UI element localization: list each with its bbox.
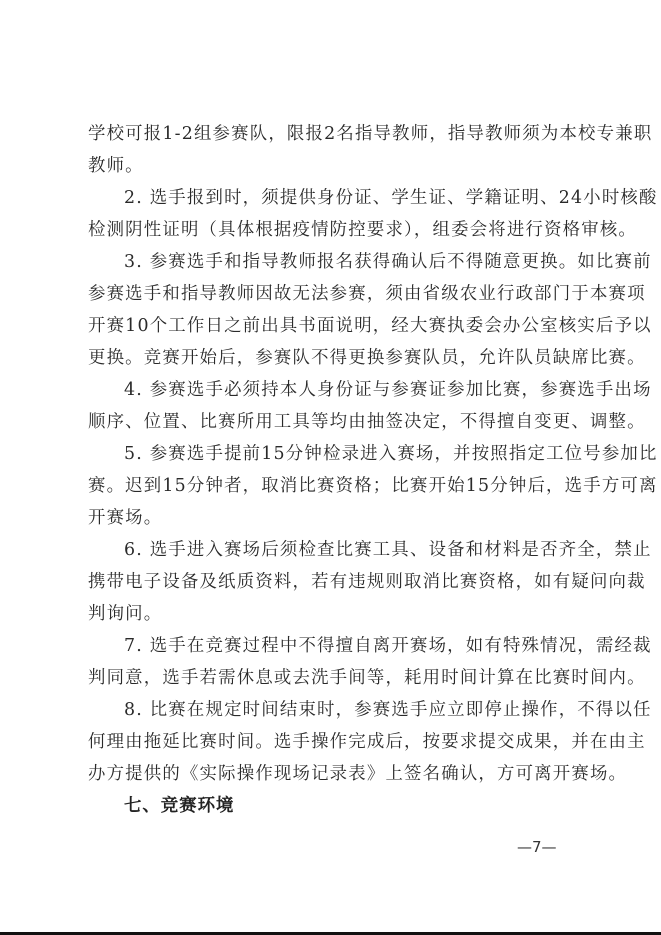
paragraph-start-line: 8. 比赛在规定时间结束时，参赛选手应立即停止操作，不得以任	[88, 694, 580, 726]
text-line: 携带电子设备及纸质资料，若有违规则取消比赛资格，如有疑问向裁	[88, 566, 580, 598]
text-line: 检测阴性证明（具体根据疫情防控要求），组委会将进行资格审核。	[88, 214, 580, 246]
text-line: 判同意，选手若需休息或去洗手间等，耗用时间计算在比赛时间内。	[88, 662, 580, 694]
text-line: 开赛10个工作日之前出具书面说明，经大赛执委会办公室核实后予以	[88, 310, 580, 342]
paragraph-start-line: 3. 参赛选手和指导教师报名获得确认后不得随意更换。如比赛前	[88, 246, 580, 278]
text-line: 顺序、位置、比赛所用工具等均由抽签决定，不得擅自变更、调整。	[88, 406, 580, 438]
text-line: 教师。	[88, 150, 580, 182]
text-line: 学校可报1-2组参赛队，限报2名指导教师，指导教师须为本校专兼职	[88, 118, 580, 150]
text-line: 判询问。	[88, 598, 580, 630]
document-body: 学校可报1-2组参赛队，限报2名指导教师，指导教师须为本校专兼职 教师。 2. …	[88, 118, 580, 822]
document-page: 学校可报1-2组参赛队，限报2名指导教师，指导教师须为本校专兼职 教师。 2. …	[0, 0, 661, 932]
text-line: 参赛选手和指导教师因故无法参赛，须由省级农业行政部门于本赛项	[88, 278, 580, 310]
paragraph-start-line: 5. 参赛选手提前15分钟检录进入赛场，并按照指定工位号参加比	[88, 438, 580, 470]
text-line: 开赛场。	[88, 502, 580, 534]
text-line: 赛。迟到15分钟者，取消比赛资格；比赛开始15分钟后，选手方可离	[88, 470, 580, 502]
paragraph-start-line: 6. 选手进入赛场后须检查比赛工具、设备和材料是否齐全，禁止	[88, 534, 580, 566]
paragraph-start-line: 4. 参赛选手必须持本人身份证与参赛证参加比赛，参赛选手出场	[88, 374, 580, 406]
page-number: —7—	[517, 838, 557, 856]
text-line: 何理由拖延比赛时间。选手操作完成后，按要求提交成果，并在由主	[88, 726, 580, 758]
paragraph-start-line: 7. 选手在竞赛过程中不得擅自离开赛场，如有特殊情况，需经裁	[88, 630, 580, 662]
text-line: 办方提供的《实际操作现场记录表》上签名确认，方可离开赛场。	[88, 758, 580, 790]
section-heading: 七、竞赛环境	[88, 790, 580, 822]
paragraph-start-line: 2. 选手报到时，须提供身份证、学生证、学籍证明、24小时核酸	[88, 182, 580, 214]
text-line: 更换。竞赛开始后，参赛队不得更换参赛队员，允许队员缺席比赛。	[88, 342, 580, 374]
